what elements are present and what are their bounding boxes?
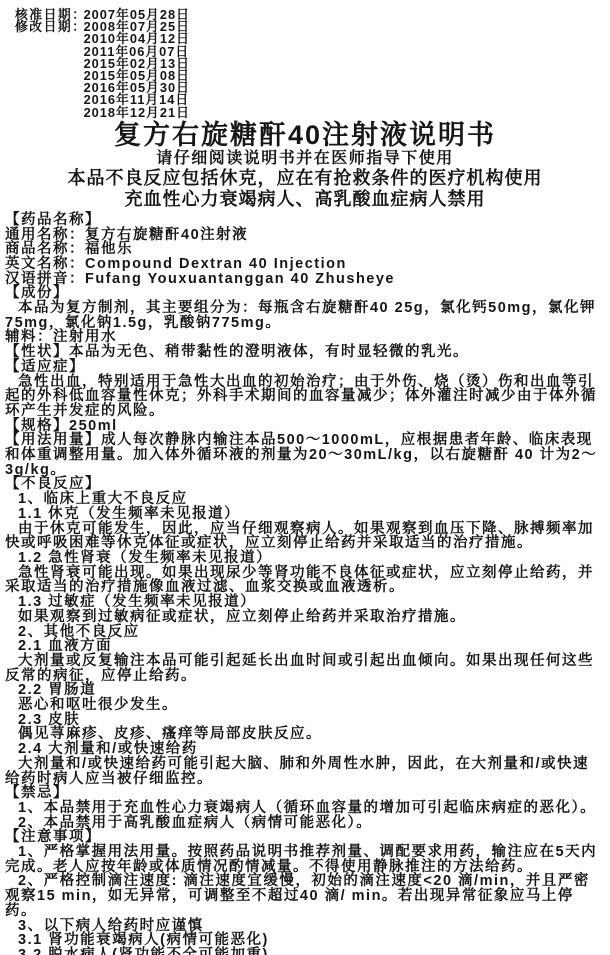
paragraph: 1、本品禁用于充血性心力衰竭病人（循环血容量的增加可引起临床病症的恶化）。 (5, 801, 603, 816)
section-heading: 【用法用量】成人每次静脉内输注本品500～1000mL，应根据患者年龄、临床表现… (5, 433, 603, 477)
dates-header: 核准日期： 2007年05月28日 修改日期： 2008年07月25日 2010… (5, 9, 605, 119)
paragraph: 如果观察到过敏病征或症状，应立刻停止给药并采取治疗措施。 (5, 610, 603, 625)
paragraph: 1.1 休克（发生频率未见报道） (5, 507, 603, 522)
section-heading: 【药品名称】 (5, 213, 603, 228)
paragraph: 本品为复方制剂，其主要组分为：每瓶含右旋糖酐40 25g，氯化钙50mg，氯化钾… (5, 301, 603, 330)
date-row: 2018年12月21日 (15, 107, 605, 119)
section-heading: 【适应症】 (5, 360, 603, 375)
paragraph: 汉语拼音：Fufang Youxuantanggan 40 Zhusheye (5, 272, 603, 287)
paragraph: 1.3 过敏症（发生频率未见报道） (5, 595, 603, 610)
paragraph: 偶见荨麻疹、皮疹、瘙痒等局部皮肤反应。 (5, 727, 603, 742)
paragraph: 1、临床上重大不良反应 (5, 492, 603, 507)
paragraph: 2.2 胃肠道 (5, 683, 603, 698)
section-heading: 【禁忌】 (5, 786, 603, 801)
paragraph: 大剂量或反复输注本品可能引起延长出血时间或引起出血倾向。如果出现任何这些反常的病… (5, 654, 603, 683)
paragraph: 英文名称：Compound Dextran 40 Injection (5, 257, 603, 272)
date-row-label: 修改日期： (15, 21, 79, 33)
drug-leaflet-page: 核准日期： 2007年05月28日 修改日期： 2008年07月25日 2010… (0, 0, 610, 955)
section-heading: 【成份】 (5, 286, 603, 301)
section-heading: 【注意事项】 (5, 830, 603, 845)
advisory-read-instructions: 请仔细阅读说明书并在医师指导下使用 (5, 150, 605, 168)
paragraph: 商品名称：福他乐 (5, 242, 603, 257)
section-heading: 【性状】本品为无色、稍带黏性的澄明液体，有时显轻微的乳光。 (5, 345, 603, 360)
paragraph: 恶心和呕吐很少发生。 (5, 698, 603, 713)
paragraph: 1、严格掌握用法用量。按照药品说明书推荐剂量、调配要求用药，输注应在5天内完成。… (5, 845, 603, 874)
paragraph: 由于休克可能发生，因此，应当仔细观察病人。如果观察到血压下降、脉搏频率加快或呼吸… (5, 522, 603, 551)
date-row-value: 2018年12月21日 (84, 107, 190, 119)
paragraph: 2、严格控制滴注速度: 滴注速度宜缓慢，初始的滴注速度<20 滴/min，并且严… (5, 874, 603, 918)
paragraph: 2.1 血液方面 (5, 639, 603, 654)
paragraph: 急性出血，特别适用于急性大出血的初始治疗；由于外伤、烧（烫）伤和出血等引起的外科… (5, 375, 603, 419)
paragraph: 1.2 急性肾衰（发生频率未见报道） (5, 551, 603, 566)
document-title: 复方右旋糖酐40注射液说明书 (5, 120, 605, 150)
paragraph: 3.1 肾功能衰竭病人(病情可能恶化) (5, 933, 603, 948)
advisory-contraindicated-patients: 充血性心力衰竭病人、高乳酸血症病人禁用 (5, 189, 605, 210)
paragraph: 辅料：注射用水 (5, 330, 603, 345)
paragraph: 急性肾衰可能出现。如果出现尿少等肾功能不良体征或症状，应立刻停止给药，并采取适当… (5, 566, 603, 595)
paragraph: 3.2 脱水病人(肾功能不全可能加重) (5, 948, 603, 955)
section-heading: 【不良反应】 (5, 477, 603, 492)
paragraph: 2.4 大剂量和/或快速给药 (5, 742, 603, 757)
paragraph: 2、其他不良反应 (5, 625, 603, 640)
leaflet-body: 【药品名称】 通用名称：复方右旋糖酐40注射液 商品名称：福他乐 英文名称：Co… (5, 213, 605, 955)
advisory-adverse-reactions: 本品不良反应包括休克，应在有抢救条件的医疗机构使用 (5, 168, 605, 189)
paragraph: 大剂量和/或快速给药可能引起大脑、肺和外周性水肿，因此，在大剂量和/或快速给药时… (5, 757, 603, 786)
